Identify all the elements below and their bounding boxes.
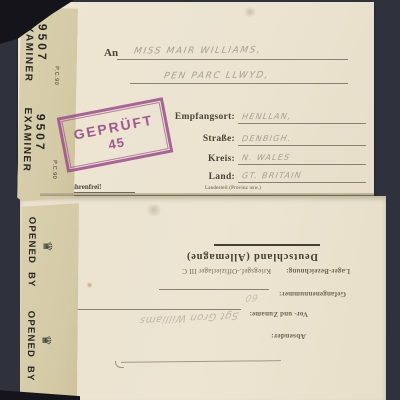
- country-underline: [214, 245, 320, 247]
- land-label: Land:: [135, 173, 235, 183]
- examiner-label: EXAMINER: [21, 107, 32, 172]
- fold-shadow: [40, 193, 374, 196]
- land-handwriting: Gt. Britain: [241, 172, 302, 181]
- empfangsort-handwriting: Henllan,: [241, 113, 292, 121]
- paper-stain: [243, 7, 257, 17]
- pc90-label: P.C.90: [52, 66, 58, 85]
- name-label: Vor- und Zuname:: [249, 310, 308, 317]
- camp-label: Lager-Bezeichnung:: [286, 267, 350, 274]
- number-rule: [159, 289, 269, 290]
- absender-label: Absender:: [271, 333, 306, 341]
- scanned-pow-letter: An Miss Mair Williams, Pen Parc Llwyd, E…: [0, 0, 400, 400]
- address-line-1-handwriting: Miss Mair Williams,: [133, 46, 262, 56]
- land-rule: [238, 182, 366, 183]
- kreis-handwriting: N. Wales: [241, 154, 291, 162]
- pen-stroke-hook: [115, 361, 124, 368]
- landesteil-note: Landesteil (Provinz usw.): [205, 186, 261, 191]
- address-line-2-rule: [130, 83, 348, 84]
- strasse-handwriting: Denbigh.: [241, 135, 292, 143]
- pen-stroke: [121, 360, 281, 363]
- an-label: An: [104, 48, 118, 59]
- examiner-number: 9507: [36, 24, 49, 63]
- strasse-rule: [238, 145, 366, 146]
- examiner-number: 9507: [34, 114, 47, 153]
- address-line-2-handwriting: Pen Parc Llwyd,: [163, 72, 270, 82]
- empfangsort-rule: [238, 123, 366, 124]
- name-handwriting: Sgt Gron Williams: [139, 309, 240, 324]
- censor-tape-top: EXAMINER 9507 P.C.90 EXAMINER 9507 P.C.9…: [17, 7, 78, 202]
- address-line-1-rule: [117, 59, 348, 60]
- crown-icon: ♛: [41, 335, 53, 346]
- camp-value: Kriegsgef.-Offizierlager III C: [182, 267, 271, 274]
- number-handwriting: 60: [245, 292, 259, 302]
- kreis-rule: [238, 164, 366, 165]
- pc90-label: P.C.90: [50, 160, 56, 179]
- opened-by-label: OPENED BY: [25, 311, 35, 382]
- number-label: Gefangenennummer:: [279, 290, 346, 297]
- opened-by-label: OPENED BY: [26, 217, 36, 288]
- crown-icon: ♛: [42, 241, 54, 252]
- censor-tape-bottom: OPENED BY ♛ OPENED BY ♛: [20, 203, 79, 400]
- country-heading: Deutschland (Allemagne): [186, 251, 318, 262]
